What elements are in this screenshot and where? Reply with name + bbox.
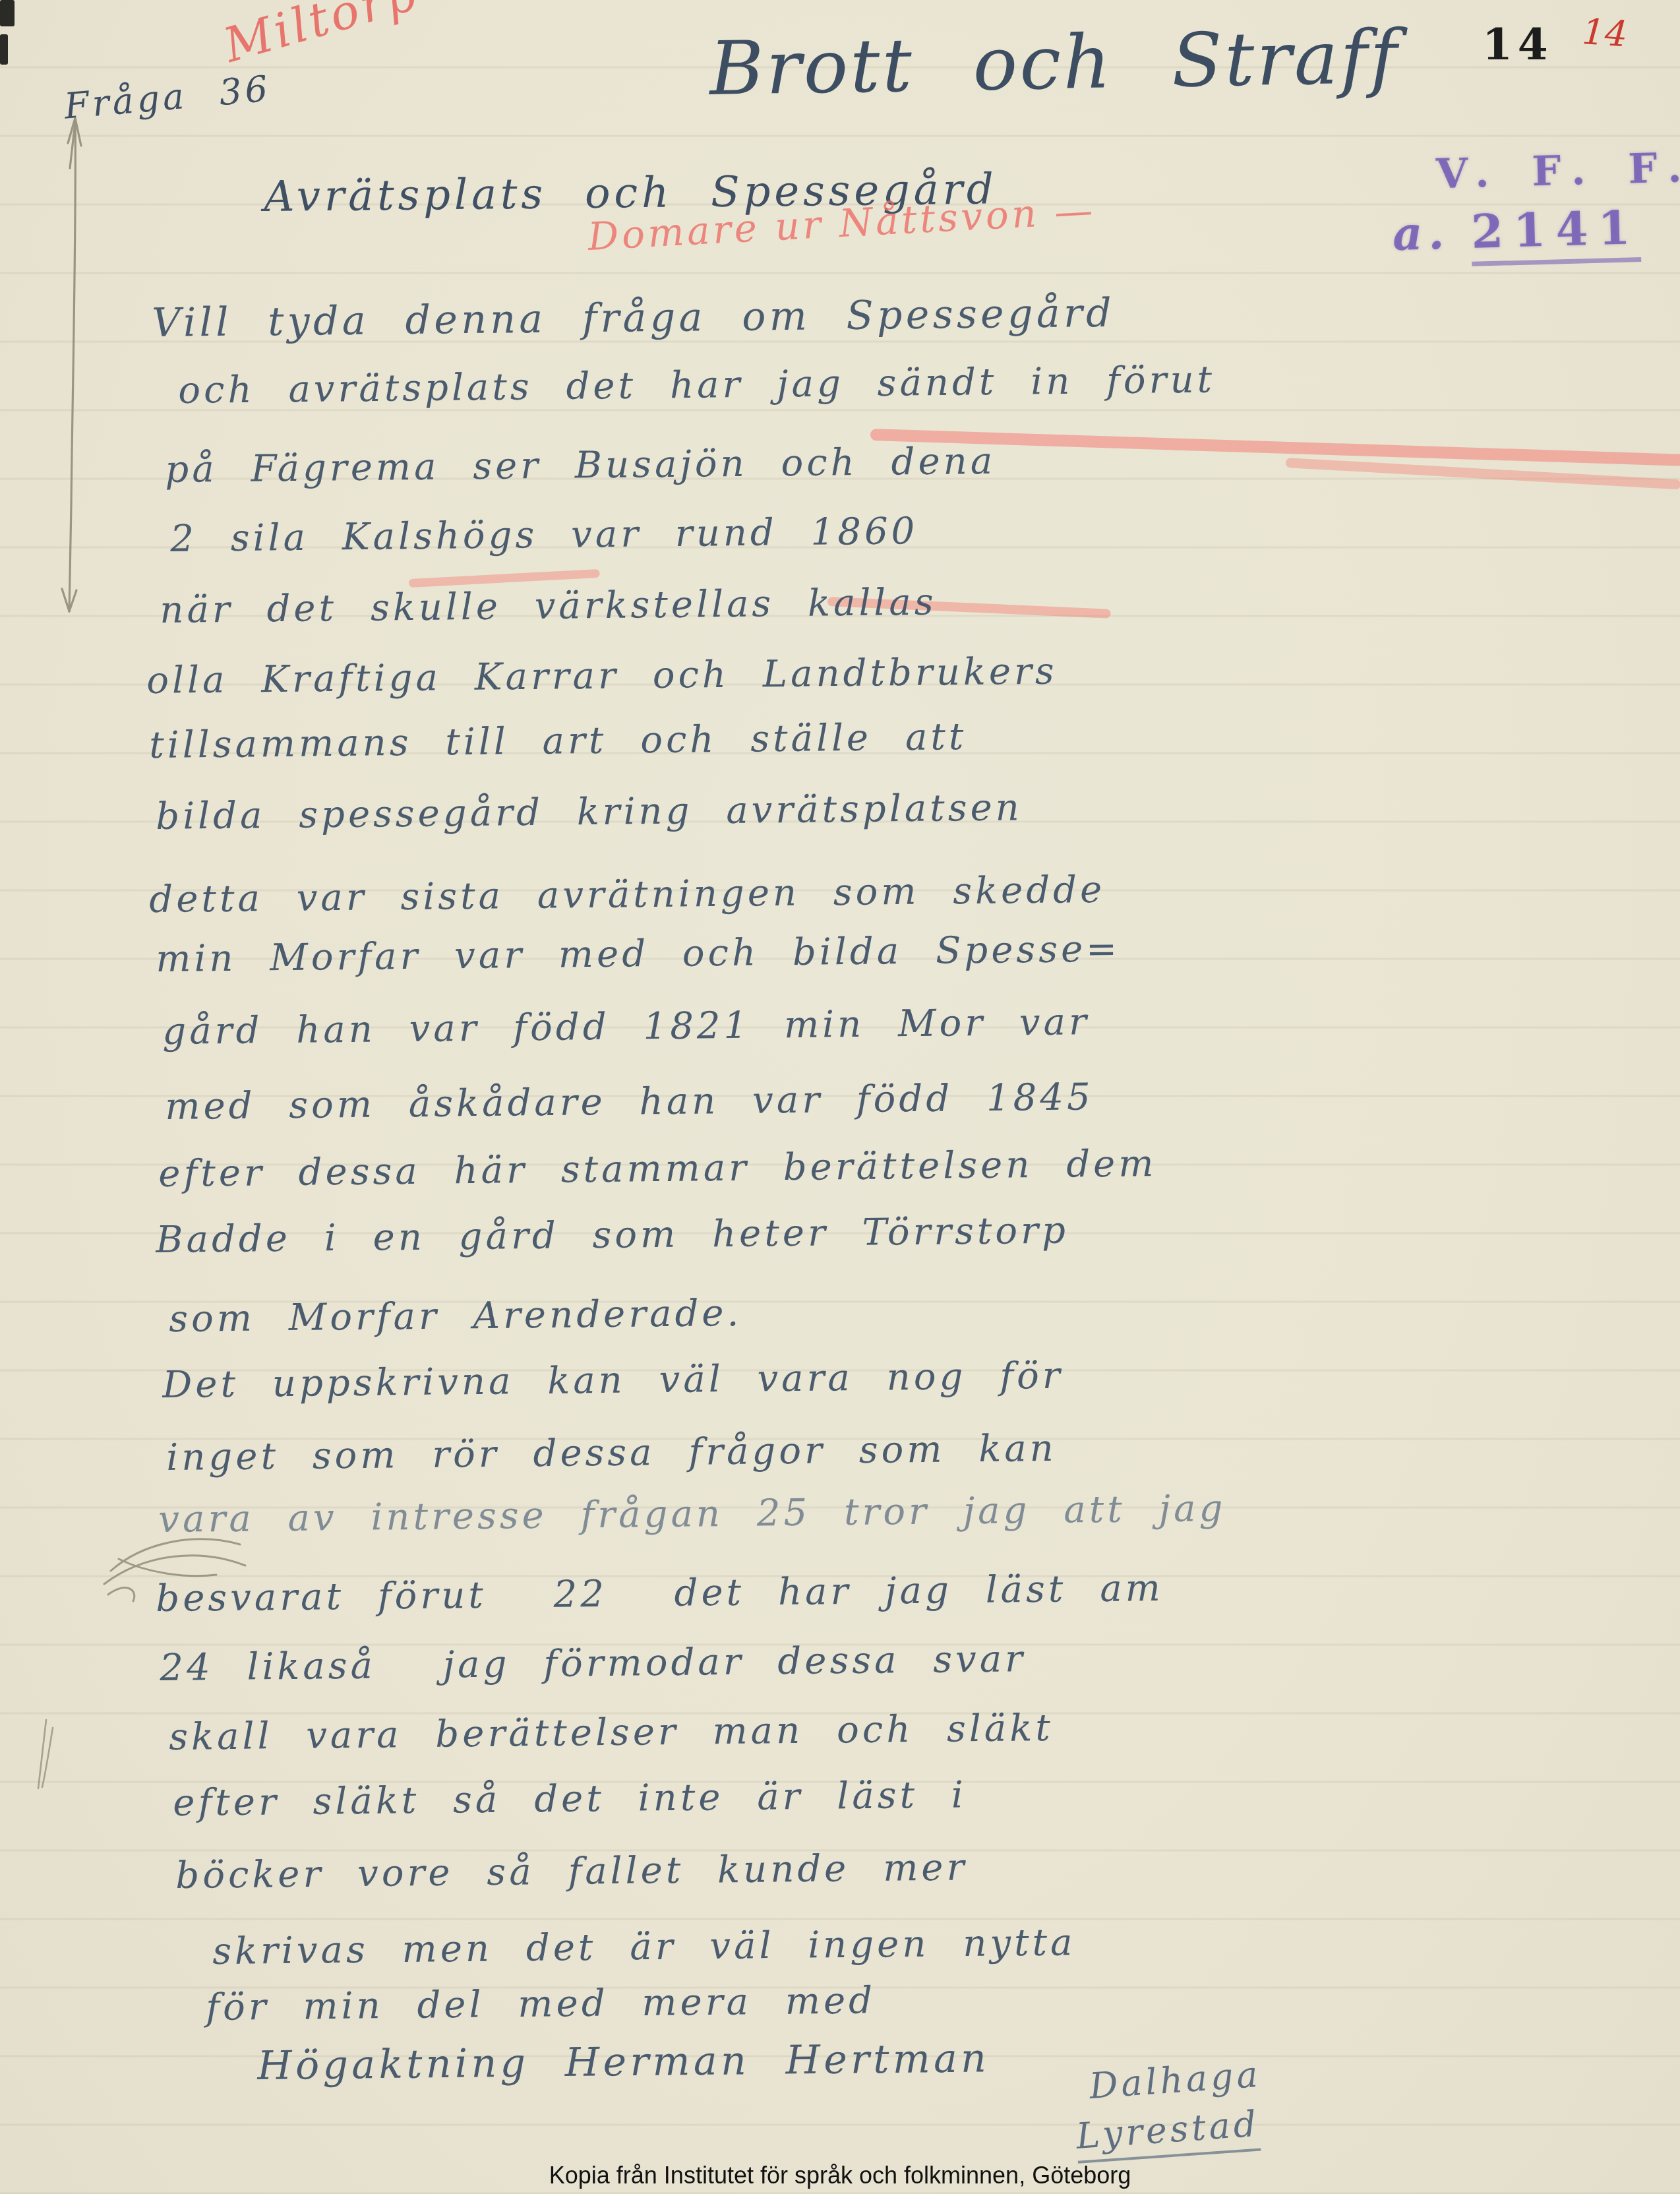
handwritten-line: vara av intresse frågan 25 tror jag att … [158,1487,1226,1541]
scan-edge-artifact [0,34,8,65]
handwritten-line: Badde i en gård som heter Törrstorp [156,1209,1069,1262]
signature-address-line: Dalhaga [1088,2054,1262,2107]
handwritten-line: böcker vore så fallet kunde mer [175,1846,968,1897]
handwritten-line: efter dessa här stammar berättelsen dem [158,1142,1157,1196]
signature-closing: Högaktning Herman Hertman [257,2035,990,2089]
stamp-number: 2141 [1470,200,1641,266]
handwritten-line: Vill tyda denna fråga om Spessegård [152,290,1115,346]
document-scan: Fråga 36 Miltorp Brott och Straff Avräts… [0,0,1680,2194]
handwritten-line: tillsammans till art och ställe att [149,716,967,767]
handwritten-line: skall vara berättelser man och släkt [169,1707,1054,1759]
handwritten-line: inget som rör dessa frågor som kan [166,1427,1057,1479]
handwritten-line: som Morfar Arenderade. [169,1292,742,1341]
signature-address-line: Lyrestad [1075,2103,1261,2164]
red-pencil-place-annotation: Miltorp [218,0,425,73]
handwritten-line: Det uppskrivna kan väl vara nog för [162,1355,1064,1407]
pencil-margin-mark [26,1715,73,1794]
page-number-red: 14 [1581,11,1629,55]
handwritten-line: med som åskådare han var född 1845 [165,1076,1094,1128]
handwritten-line: bilda spessegård kring avrätsplatsen [156,786,1023,838]
handwritten-line: när det skulle värkstellas kallas [160,581,937,632]
handwritten-line: på Fägrema ser Busajön och dena [165,440,996,491]
handwritten-line: detta var sista avrätningen som skedde [149,868,1106,921]
handwritten-line: efter släkt så det inte är läst i [173,1773,967,1825]
handwritten-line: skrivas men det är väl ingen nytta [212,1921,1076,1973]
archive-stamp-initials: V. F. F. [1435,143,1680,198]
handwritten-line: gård han var född 1821 min Mor var [162,1000,1090,1053]
page-number-printed: 14 [1482,18,1553,70]
handwritten-line: olla Kraftiga Karrar och Landtbrukers [146,650,1058,702]
handwritten-line: besvarat förut 22 det har jag läst am [156,1567,1164,1620]
scan-edge-artifact [0,0,15,26]
handwritten-line: 24 likaså jag förmodar dessa svar [160,1637,1026,1690]
handwritten-line: för min del med mera med [206,1979,876,2029]
handwritten-line: och avrätsplats det har jag sändt in för… [178,359,1215,412]
archive-copy-caption: Kopia från Institutet för språk och folk… [549,2162,1131,2189]
margin-arrow-pencil [46,109,105,630]
page-title: Brott och Straff [709,15,1400,112]
handwritten-line: 2 sila Kalshögs var rund 1860 [170,510,918,561]
archive-stamp-accession: a. 2141 [1392,200,1641,261]
stamp-prefix: a. [1392,205,1451,261]
handwritten-line: min Morfar var med och bilda Spesse= [156,928,1120,981]
